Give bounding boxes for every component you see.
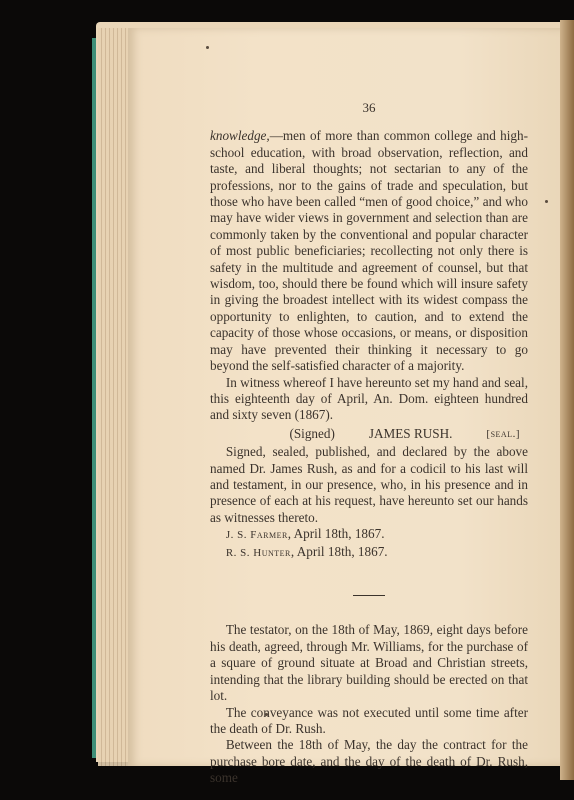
paragraph: Between the 18th of May, the day the con… (210, 737, 528, 786)
witness-name: R. S. Hunter (226, 547, 291, 559)
paragraph: knowledge,—men of more than common colle… (210, 128, 528, 374)
witness-line: J. S. Farmer, April 18th, 1867. (210, 526, 528, 543)
witness-date: , April 18th, 1867. (288, 526, 385, 541)
speck (545, 200, 548, 203)
page-number: 36 (210, 100, 528, 116)
speck (206, 46, 209, 49)
paragraph-text: —men of more than common college and hig… (210, 128, 528, 373)
paragraph: The conveyance was not executed until so… (210, 705, 528, 738)
seal-label: [seal.] (486, 426, 520, 442)
page-edges (98, 28, 132, 766)
signature-line: (Signed) JAMES RUSH. [seal.] (210, 426, 528, 442)
paragraph: In witness whereof I have hereunto set m… (210, 375, 528, 424)
book-spine (560, 20, 574, 780)
page-text: 36 knowledge,—men of more than common co… (210, 100, 528, 787)
paragraph: The testator, on the 18th of May, 1869, … (210, 622, 528, 704)
section-divider (353, 595, 385, 597)
witness-line: R. S. Hunter, April 18th, 1867. (210, 544, 528, 561)
witness-name: J. S. Farmer (226, 529, 288, 541)
italic-lead: knowledge, (210, 128, 270, 143)
signatory-name: JAMES RUSH. (369, 426, 453, 442)
signed-label: (Signed) (289, 426, 334, 442)
witness-date: , April 18th, 1867. (291, 544, 388, 559)
attestation-paragraph: Signed, sealed, published, and declared … (210, 444, 528, 526)
